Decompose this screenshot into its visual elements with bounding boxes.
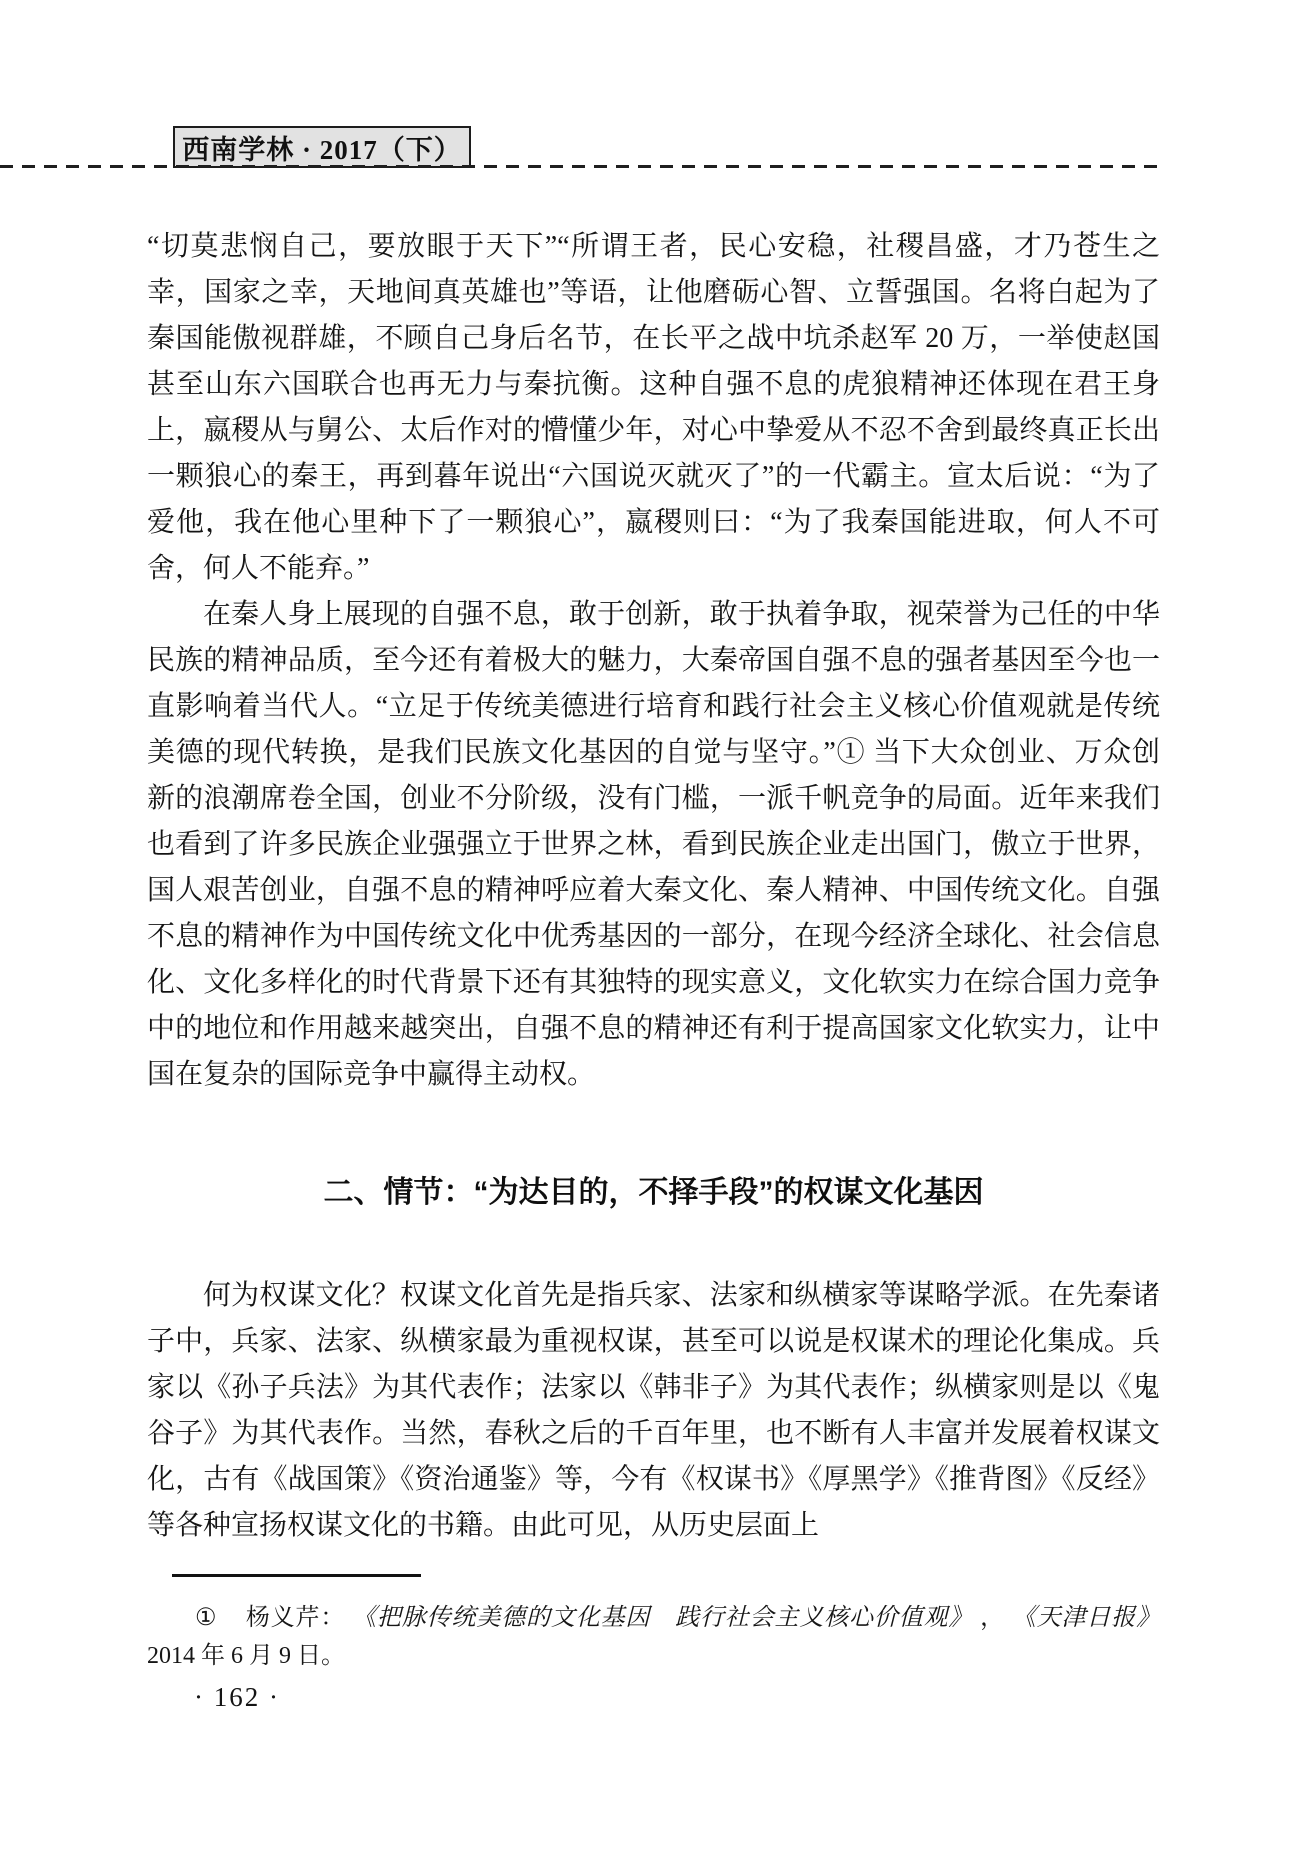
- paragraph-self-improvement: 在秦人身上展现的自强不息，敢于创新，敢于执着争取，视荣誉为己任的中华民族的精神品…: [147, 592, 1160, 1098]
- paragraph-continuation: “切莫悲悯自己，要放眼于天下”“所谓王者，民心安稳，社稷昌盛，才乃苍生之幸，国家…: [147, 224, 1160, 592]
- footnote-source: 《天津日报》: [1012, 1605, 1160, 1631]
- footnote: ① 杨义芹： 《把脉传统美德的文化基因 践行社会主义核心价值观》 ， 《天津日报…: [147, 1599, 1160, 1675]
- footnote-marker: ①: [195, 1605, 217, 1631]
- running-header: 西南学林 · 2017（下）: [173, 126, 471, 168]
- journal-title: 西南学林 · 2017（下）: [182, 128, 462, 167]
- header-divider-dashed-line: [0, 165, 1157, 168]
- footnote-comma: ，: [980, 1605, 1005, 1631]
- page-content: “切莫悲悯自己，要放眼于天下”“所谓王者，民心安稳，社稷昌盛，才乃苍生之幸，国家…: [147, 224, 1160, 1549]
- book-page: 西南学林 · 2017（下） “切莫悲悯自己，要放眼于天下”“所谓王者，民心安稳…: [0, 0, 1307, 1859]
- footnote-author: 杨义芹：: [246, 1605, 345, 1631]
- footnote-work-title: 《把脉传统美德的文化基因 践行社会主义核心价值观》: [352, 1605, 973, 1631]
- page-number: · 162 ·: [194, 1682, 280, 1713]
- section-heading: 二、情节：“为达目的，不择手段”的权谋文化基因: [147, 1171, 1160, 1215]
- footnote-divider: [172, 1574, 421, 1577]
- paragraph-quanmou-culture: 何为权谋文化？权谋文化首先是指兵家、法家和纵横家等谋略学派。在先秦诸子中，兵家、…: [147, 1273, 1160, 1549]
- footnote-date: 2014 年 6 月 9 日。: [147, 1643, 345, 1669]
- footnote-area: ① 杨义芹： 《把脉传统美德的文化基因 践行社会主义核心价值观》 ， 《天津日报…: [147, 1574, 1160, 1675]
